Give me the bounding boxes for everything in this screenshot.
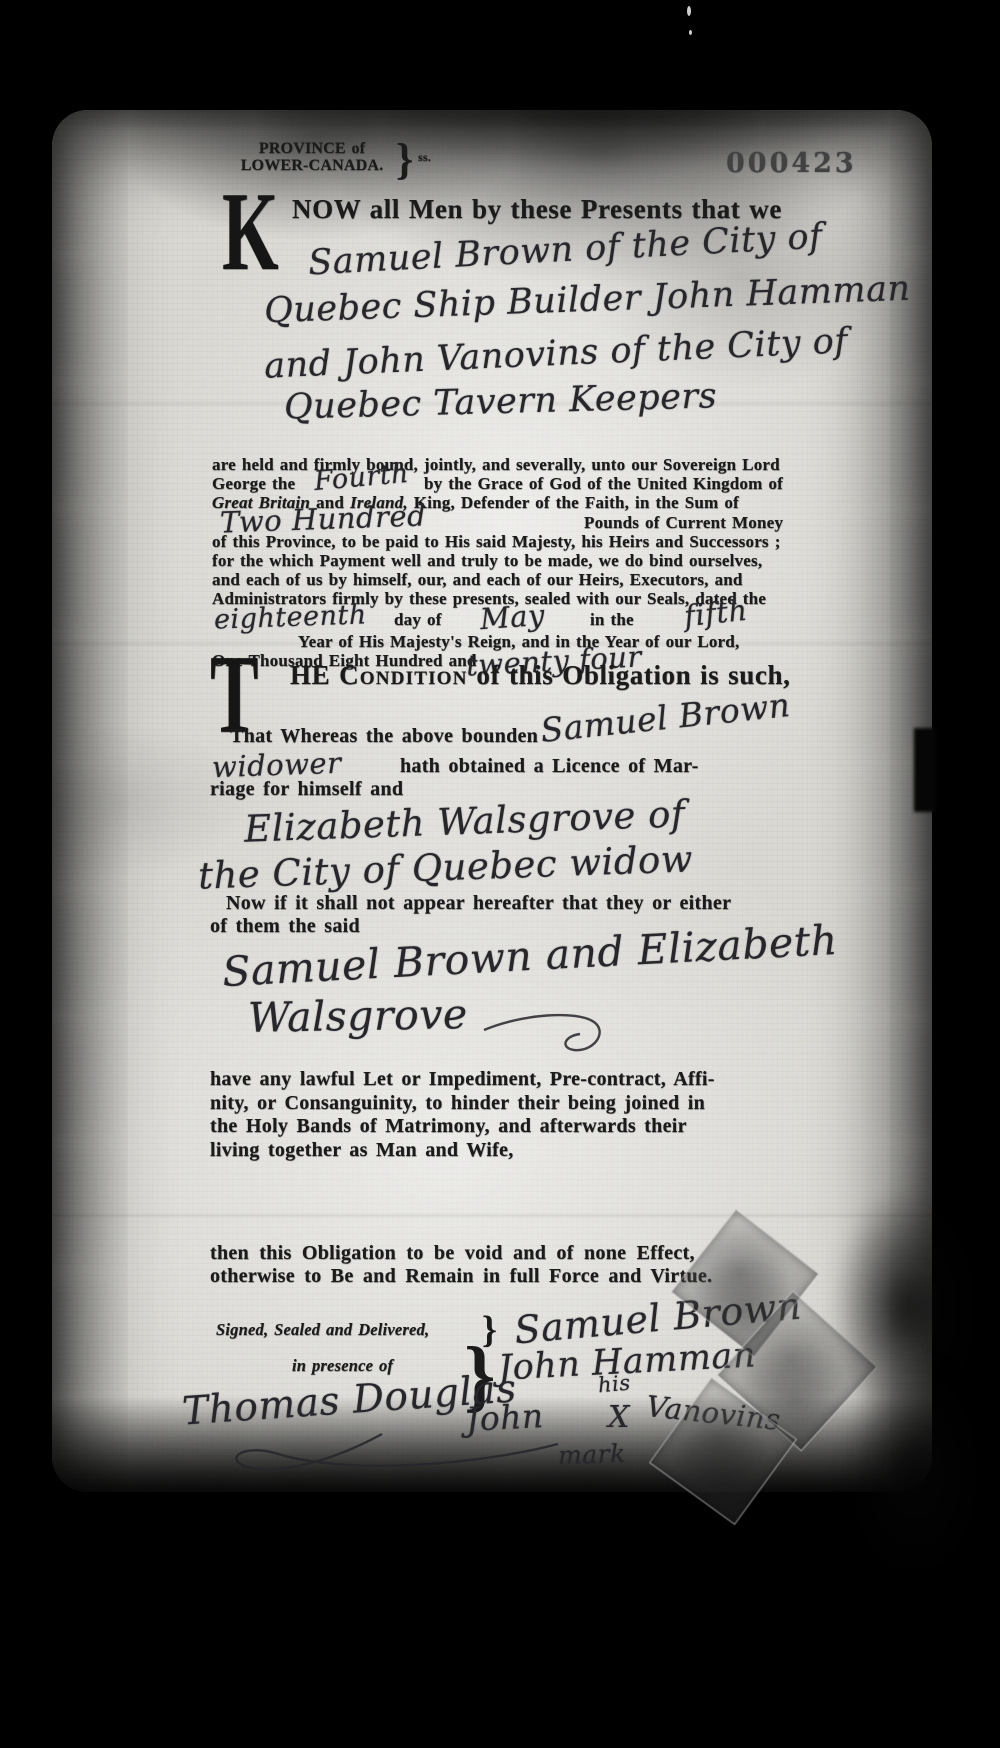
know-headline: NOW all Men by these Presents that we [292,194,782,225]
condition-headline: HE Condition of this Obligation is such, [290,660,790,691]
couple-handwriting-line2: Walsgrove [248,990,468,1042]
pen-flourish [232,1432,562,1478]
obligors-handwriting-line3: and John Vanovins of the City of [263,321,848,386]
impediment-line3: the Holy Bands of Matrimony, and afterwa… [210,1115,687,1138]
condition-head-smallcaps: Condition [339,660,467,690]
dropcap-T: T [210,655,259,736]
now-line1: Now if it shall not appear hereafter tha… [226,892,731,915]
void-line1: then this Obligation to be void and of n… [210,1242,695,1265]
impediment-line2: nity, or Consanguinity, to hinder their … [210,1092,705,1115]
bond-line5: of this Province, to be paid to His said… [212,532,781,552]
bond-line4-print: Pounds of Current Money [584,513,783,533]
licence-continuation: riage for himself and [210,778,403,801]
ink-blot [844,1355,984,1590]
serial-number-stamp: 000423 [726,148,857,179]
regnal-year-handwriting: fifth [682,593,749,633]
now-line2: of them the said [210,915,360,938]
bond-line3-post: King, Defender of the Faith, in the Sum … [414,493,739,512]
his-mark-label: his [597,1371,631,1398]
bond-line9-dayof: day of [394,610,442,630]
bond-line2-post: by the Grace of God of the United Kingdo… [424,474,783,494]
scanned-document-page: PROVINCE of LOWER-CANADA. } ss. 000423 K… [0,0,1000,1748]
bond-line1: are held and firmly bound, jointly, and … [212,455,780,475]
film-edge-tab [914,728,936,812]
whereas-line: That Whereas the above bounden [230,725,538,748]
day-handwriting: eighteenth [214,599,368,635]
condition-head-post: of this Obligation is such, [476,660,790,690]
paper-crease [52,1214,932,1217]
void-line2: otherwise to Be and Remain in full Force… [210,1265,712,1288]
bond-line2-pre: George the [212,474,295,494]
bond-document-paper: PROVINCE of LOWER-CANADA. } ss. 000423 K… [52,110,932,1492]
in-presence-label: in presence of [292,1356,393,1376]
signed-sealed-label: Signed, Sealed and Delivered, [216,1320,429,1340]
header-brace: } [396,134,413,185]
film-speck [687,6,691,16]
licence-line: hath obtained a Licence of Mar- [400,755,699,778]
dropcap-K: K [222,192,279,273]
province-heading: PROVINCE of LOWER-CANADA. [222,140,402,174]
province-line1: PROVINCE of [259,140,365,157]
bounden-name-handwriting: Samuel Brown [539,685,792,750]
impediment-line1: have any lawful Let or Impediment, Pre-c… [210,1068,715,1091]
mark-label: mark [558,1439,627,1470]
month-handwriting: May [479,598,546,636]
bond-line9-inthe: in the [590,610,634,630]
bond-line7: and each of us by himself, our, and each… [212,570,743,590]
obligors-handwriting-line4: Quebec Tavern Keepers [284,376,718,427]
bond-line6: for the which Payment well and truly to … [212,551,762,571]
pen-flourish [482,1010,612,1062]
ss-abbreviation: ss. [418,150,431,165]
condition-head-pre: HE [290,660,330,690]
film-speck [689,30,692,35]
x-mark: X [608,1400,630,1435]
impediment-line4: living together as Man and Wife, [210,1139,514,1162]
obligors-handwriting-line1: Samuel Brown of the City of [307,217,823,284]
